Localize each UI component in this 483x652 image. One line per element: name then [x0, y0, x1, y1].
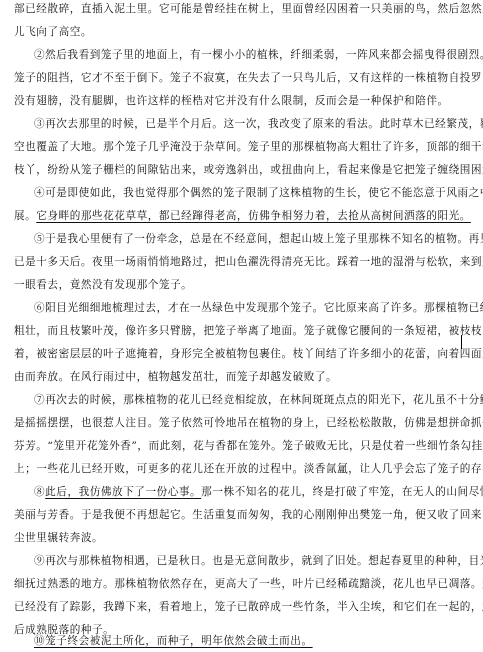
text-cursor — [461, 335, 462, 349]
text-segment: 细抚过熟悉的地方。那株植物依然存在，更高大了一些，叶片已经稀疏黯淡，花儿也早已凋… — [14, 578, 483, 590]
text-line: ⑨再次与那株植物相遇，已是秋日。也是无意间散步，就到了旧处。想起春夏里的种种，目… — [34, 551, 469, 571]
text-line: 已经没有了踪影，我蹲下来，看着地上，笼子已散碎成一些竹条，半入尘埃，和它们在一起… — [14, 597, 469, 617]
text-line: ⑧此后，我仿佛放下了一份心事。那一株不知名的花儿，终是打破了牢笼，在无人的山间尽… — [34, 482, 469, 502]
text-line: ⑦再次去的时候，那株植物的花儿已经竞相绽放，在林间斑斑点点的阳光下，花儿虽不十分… — [34, 390, 469, 410]
text-segment: 空也覆盖了大地。那个笼子几乎淹没于杂草间。笼子里的那棵植物高大粗壮了许多，顶部的… — [14, 141, 483, 153]
text-segment: ⑨再次与那株植物相遇，已是秋日。也是无意间散步，就到了旧处。想起春夏里的种种，目… — [34, 555, 483, 567]
text-segment: 美丽与芳香。于是我便不再想起它。生活重复而匆匆，我的心刚刚伸出樊笼一角，便又收了… — [14, 509, 483, 521]
text-segment: ②然后我看到笼子里的地面上，有一棵小小的植株，纤细柔弱，一阵风来都会摇曳得很剧烈… — [34, 49, 483, 61]
text-line: 儿飞向了高空。 — [14, 22, 469, 42]
text-line: 芬芳。“笼里开花笼外香”，而此刻，花与香都在笼外。笼子破败无比，只是仗着一些细竹… — [14, 436, 469, 456]
text-line: 细抚过熟悉的地方。那株植物依然存在，更高大了一些，叶片已经稀疏黯淡，花儿也早已凋… — [14, 574, 469, 594]
text-line: 着，被密密层层的叶子遮掩着，身形完全被植物包裹住。枝丫间结了许多细小的花蕾，向着… — [14, 344, 469, 364]
text-segment: 粗壮，而且枝繁叶茂，像许多只臂膀，把笼子举离了地面。笼子就像它腰间的一条短裙，被… — [14, 325, 483, 337]
text-segment: 部已经散碎，直插入泥土里。它可能是曾经挂在树上，里面曾经囚困着一只美丽的鸟，然后… — [14, 3, 483, 15]
text-segment: 那一株不知名的花儿，终是打破了牢笼，在无人的山间尽情地释放 — [201, 486, 483, 498]
text-line: ③再次去那里的时候，已是半个月后。这一次，我改变了原来的看法。此时草木已经繁茂，… — [34, 114, 469, 134]
underlined-text: 它身畔的那些花花草草，都已经蹿得老高，仿佛争相努力着，去抢从高树间洒落的阳光。 — [36, 210, 471, 222]
text-line: ②然后我看到笼子里的地面上，有一棵小小的植株，纤细柔弱，一阵风来都会摇曳得很剧烈… — [34, 45, 469, 65]
text-line: ④可是即使如此，我也觉得那个偶然的笼子限制了这株植物的生长，使它不能恣意于风雨之… — [34, 183, 469, 203]
text-segment: 儿飞向了高空。 — [14, 26, 92, 38]
text-line: 没有翅膀，没有腿脚，也许这样的桎梏对它并没有什么限制，反而会是一种保护和陪伴。 — [14, 91, 469, 111]
text-line: 美丽与芳香。于是我便不再想起它。生活重复而匆匆，我的心刚刚伸出樊笼一角，便又收了… — [14, 505, 469, 525]
text-line: ⑥阳目光细细地梳理过去，才在一丛绿色中发现那个笼子。它比原来高了许多。那棵植物已… — [34, 298, 469, 318]
text-segment: 展。 — [14, 210, 36, 222]
text-line: 空也覆盖了大地。那个笼子几乎淹没于杂草间。笼子里的那棵植物高大粗壮了许多，顶部的… — [14, 137, 469, 157]
text-segment: 尘世里辗转奔波。 — [14, 532, 103, 544]
text-line: 已是十多天后。夜里一场雨悄悄地路过，把山色濯洗得清亮无比。踩着一地的湿滑与松软，… — [14, 252, 469, 272]
text-segment: ⑤于是我心里便有了一份牵念，总是在不经意间，想起山坡上笼子里那株不知名的植物。再… — [34, 233, 483, 245]
text-segment: ④可是即使如此，我也觉得那个偶然的笼子限制了这株植物的生长，使它不能恣意于风雨之… — [34, 187, 483, 199]
text-segment: 已是十多天后。夜里一场雨悄悄地路过，把山色濯洗得清亮无比。踩着一地的湿滑与松软，… — [14, 256, 483, 268]
text-segment: 是摇摇摆摆，也很惹人注目。笼子依然可怜地吊在植物的身上，已经松松散散，仿佛是想拼… — [14, 417, 483, 429]
text-segment: 着，被密密层层的叶子遮掩着，身形完全被植物包裹住。枝丫间结了许多细小的花蕾，向着… — [14, 348, 483, 360]
text-line: 是摇摇摆摆，也很惹人注目。笼子依然可怜地吊在植物的身上，已经松松散散，仿佛是想拼… — [14, 413, 469, 433]
text-line: ⑤于是我心里便有了一份牵念，总是在不经意间，想起山坡上笼子里那株不知名的植物。再… — [34, 229, 469, 249]
text-segment: 由而奔放。在风行雨过中，植物越发茁壮，而笼子却越发破败了。 — [14, 371, 337, 383]
text-line: 展。它身畔的那些花花草草，都已经蹿得老高，仿佛争相努力着，去抢从高树间洒落的阳光… — [14, 206, 469, 226]
text-segment: 上；一些花儿已经开败，可更多的花儿还在开放的过程中。淡香氤氲，让人几乎会忘了笼子… — [14, 463, 483, 475]
text-segment: 没有翅膀，没有腿脚，也许这样的桎梏对它并没有什么限制，反而会是一种保护和陪伴。 — [14, 95, 449, 107]
underlined-text: ⑩笼子终会被泥土所化，而种子，明年依然会破土而出。 — [34, 635, 313, 647]
text-segment: ③再次去那里的时候，已是半个月后。这一次，我改变了原来的看法。此时草木已经繁茂，… — [34, 118, 483, 130]
text-segment: 已经没有了踪影，我蹲下来，看着地上，笼子已散碎成一些竹条，半入尘埃，和它们在一起… — [14, 601, 483, 613]
text-line: 尘世里辗转奔波。 — [14, 528, 469, 548]
text-line: 上；一些花儿已经开败，可更多的花儿还在开放的过程中。淡香氤氲，让人几乎会忘了笼子… — [14, 459, 469, 479]
text-line: 由而奔放。在风行雨过中，植物越发茁壮，而笼子却越发破败了。 — [14, 367, 469, 387]
text-line: 笼子的阻挡，它才不至于倒下。笼子不寂寞，在失去了一只鸟儿后，又有这样的一株植物自… — [14, 68, 469, 88]
document-page: 部已经散碎，直插入泥土里。它可能是曾经挂在树上，里面曾经囚困着一只美丽的鸟，然后… — [0, 0, 483, 652]
text-segment: 一眼看去，竟然没有发现那个笼子。 — [14, 279, 192, 291]
text-segment: 芬芳。“笼里开花笼外香”，而此刻，花与香都在笼外。笼子破败无比，只是仗着一些细竹… — [14, 440, 483, 452]
text-line: 一眼看去，竟然没有发现那个笼子。 — [14, 275, 469, 295]
text-line: ⑩笼子终会被泥土所化，而种子，明年依然会破土而出。 — [34, 631, 469, 651]
text-line: 部已经散碎，直插入泥土里。它可能是曾经挂在树上，里面曾经囚困着一只美丽的鸟，然后… — [14, 0, 469, 19]
text-segment: 枝丫，纷纷从笼子栅栏的间隙钻出来，或旁逸斜出，或扭曲向上，看起来像是它把笼子缠绕… — [14, 164, 483, 176]
text-segment: ⑦再次去的时候，那株植物的花儿已经竞相绽放，在林间斑斑点点的阳光下，花儿虽不十分… — [34, 394, 483, 406]
text-segment: ⑧ — [34, 486, 45, 498]
text-line: 粗壮，而且枝繁叶茂，像许多只臂膀，把笼子举离了地面。笼子就像它腰间的一条短裙，被… — [14, 321, 469, 341]
underlined-text: 此后，我仿佛放下了一份心事。 — [45, 486, 201, 498]
text-line: 枝丫，纷纷从笼子栅栏的间隙钻出来，或旁逸斜出，或扭曲向上，看起来像是它把笼子缠绕… — [14, 160, 469, 180]
text-segment: ⑥阳目光细细地梳理过去，才在一丛绿色中发现那个笼子。它比原来高了许多。那棵植物已… — [34, 302, 483, 314]
text-segment: 笼子的阻挡，它才不至于倒下。笼子不寂寞，在失去了一只鸟儿后，又有这样的一株植物自… — [14, 72, 483, 84]
